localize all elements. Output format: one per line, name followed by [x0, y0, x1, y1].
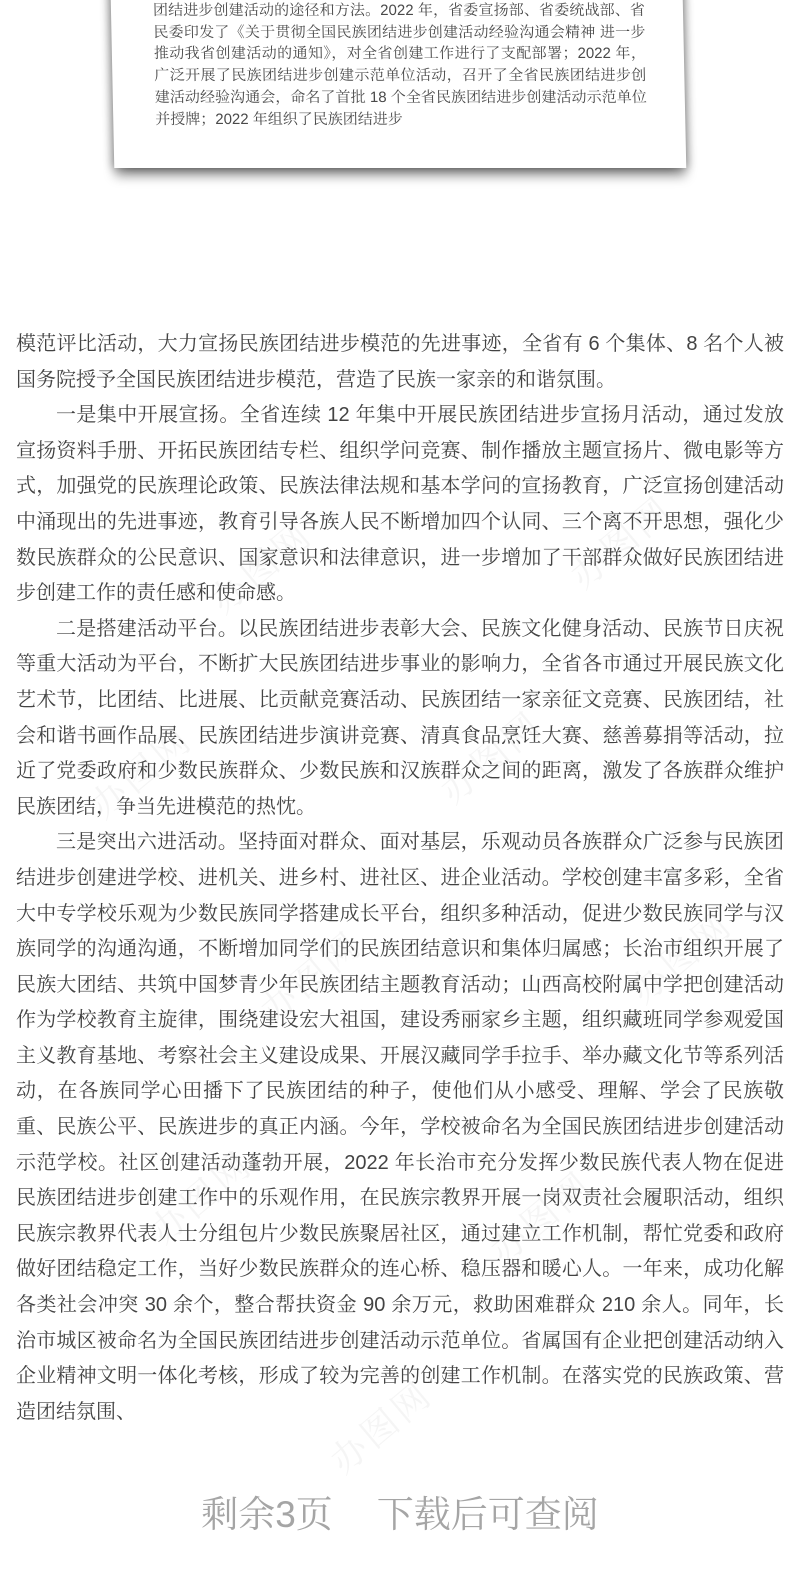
document-page-card: 团结进步创建活动的途径和方法。2022 年，省委宣扬部、省委统战部、省民委印发了…	[110, 0, 686, 168]
paragraph: 模范评比活动，大力宣扬民族团结进步模范的先进事迹，全省有 6 个集体、8 名个人…	[16, 327, 784, 398]
document-page-text: 团结进步创建活动的途径和方法。2022 年，省委宣扬部、省委统战部、省民委印发了…	[110, 0, 685, 130]
download-hint-label: 下载后可查阅	[377, 1484, 599, 1538]
document-body: 模范评比活动，大力宣扬民族团结进步模范的先进事迹，全省有 6 个集体、8 名个人…	[16, 327, 784, 1430]
remaining-pages-label: 剩余3页	[201, 1484, 333, 1538]
paragraph: 三是突出六进活动。坚持面对群众、面对基层，乐观动员各族群众广泛参与民族团结进步创…	[16, 825, 784, 1430]
preview-footer: 剩余3页 下载后可查阅	[0, 1484, 800, 1538]
paragraph: 一是集中开展宣扬。全省连续 12 年集中开展民族团结进步宣扬月活动，通过发放宣扬…	[16, 398, 784, 612]
document-preview-page: 办图网 办图网 办图网 办图网 办图网 办图网 办图网 办图网 办图网 团结进步…	[0, 0, 800, 1582]
paragraph: 二是搭建活动平台。以民族团结进步表彰大会、民族文化健身活动、民族节日庆祝等重大活…	[16, 612, 784, 826]
